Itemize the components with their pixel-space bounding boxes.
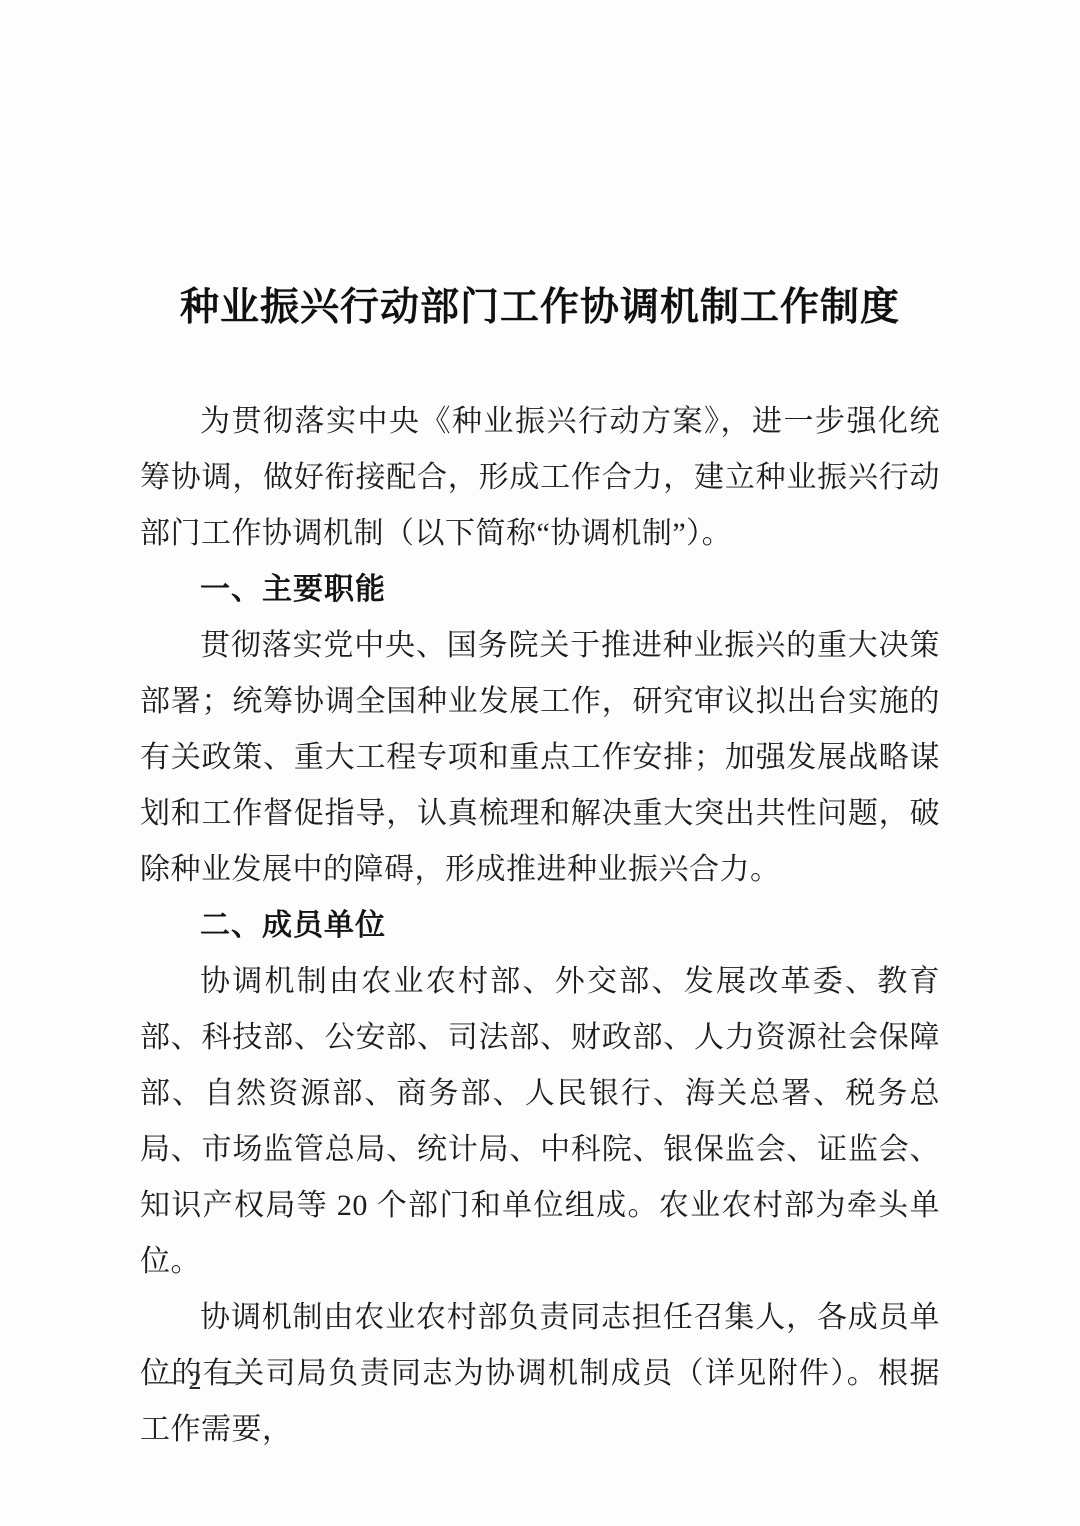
section-heading-member-units: 二、成员单位 <box>140 898 940 954</box>
document-content: 种业振兴行动部门工作协调机制工作制度 为贯彻落实中央《种业振兴行动方案》，进一步… <box>0 0 1080 1458</box>
paragraph-intro: 为贯彻落实中央《种业振兴行动方案》，进一步强化统筹协调，做好衔接配合，形成工作合… <box>140 394 940 562</box>
document-body: 为贯彻落实中央《种业振兴行动方案》，进一步强化统筹协调，做好衔接配合，形成工作合… <box>140 394 940 1458</box>
paragraph-convener: 协调机制由农业农村部负责同志担任召集人，各成员单位的有关司局负责同志为协调机制成… <box>140 1290 940 1458</box>
document-page: 种业振兴行动部门工作协调机制工作制度 为贯彻落实中央《种业振兴行动方案》，进一步… <box>0 0 1080 1526</box>
page-number: — 2 — <box>148 1366 246 1396</box>
paragraph-main-functions: 贯彻落实党中央、国务院关于推进种业振兴的重大决策部署；统筹协调全国种业发展工作，… <box>140 618 940 898</box>
paragraph-member-units: 协调机制由农业农村部、外交部、发展改革委、教育部、科技部、公安部、司法部、财政部… <box>140 954 940 1290</box>
document-title: 种业振兴行动部门工作协调机制工作制度 <box>140 284 940 332</box>
section-heading-main-functions: 一、主要职能 <box>140 562 940 618</box>
